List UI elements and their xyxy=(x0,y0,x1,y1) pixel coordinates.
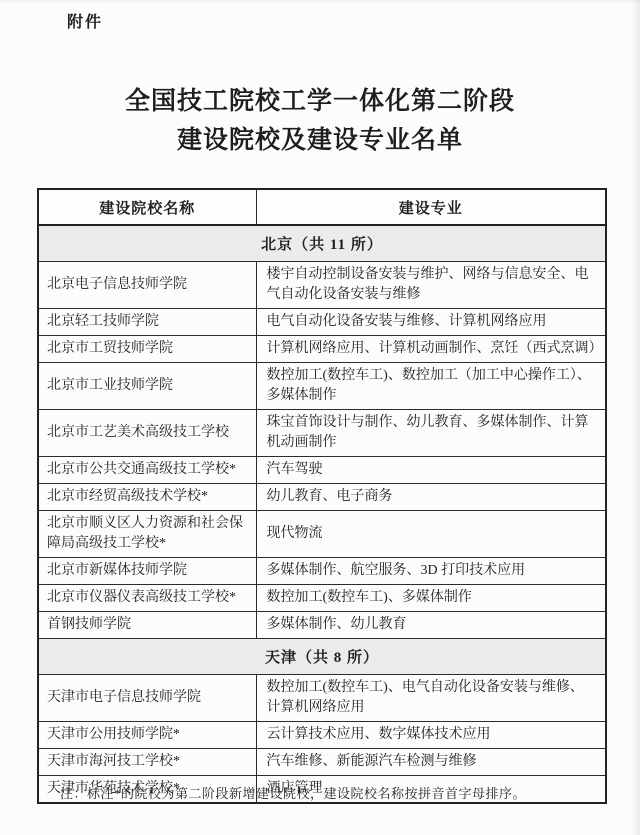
region-label: 北京（共 11 所） xyxy=(38,225,606,262)
school-name-cell: 北京市仪器仪表高级技工学校* xyxy=(38,585,256,612)
school-name-cell: 北京市经贸高级技术学校* xyxy=(38,484,256,511)
school-name-cell: 北京市顺义区人力资源和社会保障局高级技工学校* xyxy=(38,511,256,558)
school-majors-cell: 数控加工(数控车工)、电气自动化设备安装与维修、计算机网络应用 xyxy=(256,675,606,722)
school-name-cell: 北京市工业技师学院 xyxy=(38,363,256,410)
attachment-label: 附件 xyxy=(67,9,103,32)
school-majors-cell: 多媒体制作、航空服务、3D 打印技术应用 xyxy=(256,558,606,585)
school-name-cell: 天津市公用技师学院* xyxy=(38,722,256,749)
school-row: 北京市工艺美术高级技工学校珠宝首饰设计与制作、幼儿教育、多媒体制作、计算机动画制… xyxy=(38,410,606,457)
school-row: 北京市工业技师学院数控加工(数控车工)、数控加工（加工中心操作工）、多媒体制作 xyxy=(38,363,606,410)
school-majors-cell: 汽车维修、新能源汽车检测与维修 xyxy=(256,749,606,776)
table-body: 北京（共 11 所）北京电子信息技师学院楼宇自动控制设备安装与维护、网络与信息安… xyxy=(38,225,606,803)
school-majors-cell: 数控加工(数控车工)、数控加工（加工中心操作工）、多媒体制作 xyxy=(256,363,606,410)
school-row: 首钢技师学院多媒体制作、幼儿教育 xyxy=(38,612,606,639)
schools-table: 建设院校名称 建设专业 北京（共 11 所）北京电子信息技师学院楼宇自动控制设备… xyxy=(37,188,607,804)
school-name-cell: 北京市新媒体技师学院 xyxy=(38,558,256,585)
school-name-cell: 首钢技师学院 xyxy=(38,612,256,639)
school-row: 天津市电子信息技师学院数控加工(数控车工)、电气自动化设备安装与维修、计算机网络… xyxy=(38,675,606,722)
document-title: 全国技工院校工学一体化第二阶段 建设院校及建设专业名单 xyxy=(0,82,640,160)
school-row: 北京电子信息技师学院楼宇自动控制设备安装与维护、网络与信息安全、电气自动化设备安… xyxy=(38,262,606,309)
school-row: 北京轻工技师学院电气自动化设备安装与维修、计算机网络应用 xyxy=(38,309,606,336)
school-majors-cell: 楼宇自动控制设备安装与维护、网络与信息安全、电气自动化设备安装与维修 xyxy=(256,262,606,309)
school-row: 天津市公用技师学院*云计算技术应用、数字媒体技术应用 xyxy=(38,722,606,749)
region-label: 天津（共 8 所） xyxy=(38,639,606,675)
school-name-cell: 北京轻工技师学院 xyxy=(38,309,256,336)
document-title-line1: 全国技工院校工学一体化第二阶段 xyxy=(125,88,515,115)
school-majors-cell: 幼儿教育、电子商务 xyxy=(256,484,606,511)
school-row: 北京市经贸高级技术学校*幼儿教育、电子商务 xyxy=(38,484,606,511)
school-row: 北京市新媒体技师学院多媒体制作、航空服务、3D 打印技术应用 xyxy=(38,558,606,585)
school-name-cell: 北京市工艺美术高级技工学校 xyxy=(38,410,256,457)
school-row: 北京市仪器仪表高级技工学校*数控加工(数控车工)、多媒体制作 xyxy=(38,585,606,612)
school-name-cell: 北京市公共交通高级技工学校* xyxy=(38,457,256,484)
school-majors-cell: 计算机网络应用、计算机动画制作、烹饪（西式烹调） xyxy=(256,336,606,363)
school-majors-cell: 珠宝首饰设计与制作、幼儿教育、多媒体制作、计算机动画制作 xyxy=(256,410,606,457)
school-row: 天津市海河技工学校*汽车维修、新能源汽车检测与维修 xyxy=(38,749,606,776)
school-row: 北京市公共交通高级技工学校*汽车驾驶 xyxy=(38,457,606,484)
school-majors-cell: 云计算技术应用、数字媒体技术应用 xyxy=(256,722,606,749)
school-name-cell: 天津市电子信息技师学院 xyxy=(38,675,256,722)
school-name-cell: 北京市工贸技师学院 xyxy=(38,336,256,363)
school-name-cell: 北京电子信息技师学院 xyxy=(38,262,256,309)
table-header-row: 建设院校名称 建设专业 xyxy=(38,189,606,225)
region-section-row: 天津（共 8 所） xyxy=(38,639,606,675)
footnote: 注：标注*的院校为第二阶段新增建设院校，建设院校名称按拼音首字母排序。 xyxy=(60,783,600,802)
school-row: 北京市工贸技师学院计算机网络应用、计算机动画制作、烹饪（西式烹调） xyxy=(38,336,606,363)
region-section-row: 北京（共 11 所） xyxy=(38,225,606,262)
school-majors-cell: 电气自动化设备安装与维修、计算机网络应用 xyxy=(256,309,606,336)
school-majors-cell: 现代物流 xyxy=(256,511,606,558)
school-majors-cell: 多媒体制作、幼儿教育 xyxy=(256,612,606,639)
school-majors-cell: 汽车驾驶 xyxy=(256,457,606,484)
document-title-line2: 建设院校及建设专业名单 xyxy=(177,127,463,154)
school-name-cell: 天津市海河技工学校* xyxy=(38,749,256,776)
document-page: 附件 全国技工院校工学一体化第二阶段 建设院校及建设专业名单 建设院校名称 建设… xyxy=(0,0,640,835)
school-majors-cell: 数控加工(数控车工)、多媒体制作 xyxy=(256,585,606,612)
column-header-school-name: 建设院校名称 xyxy=(38,189,256,225)
column-header-majors: 建设专业 xyxy=(256,189,606,225)
school-row: 北京市顺义区人力资源和社会保障局高级技工学校*现代物流 xyxy=(38,511,606,558)
